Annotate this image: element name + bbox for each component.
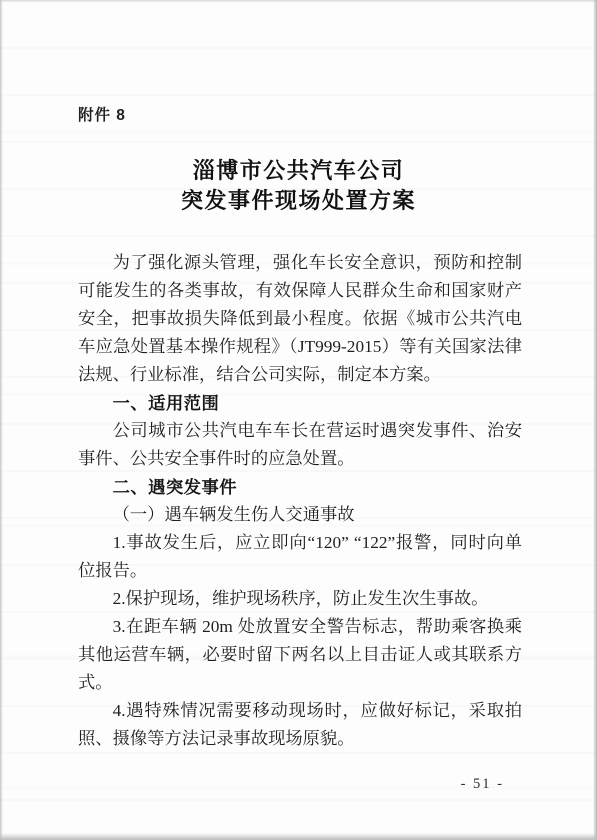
page-edge-bottom bbox=[0, 833, 597, 840]
section-2-subheading: （一）遇车辆发生伤人交通事故 bbox=[78, 501, 522, 529]
section-2-item-4: 4.遇特殊情况需要移动现场时，应做好标记，采取拍照、摄像等方法记录事故现场原貌。 bbox=[78, 697, 522, 753]
attachment-label: 附件 8 bbox=[78, 103, 126, 125]
section-2-item-2: 2.保护现场，维护现场秩序，防止发生次生事故。 bbox=[78, 585, 522, 613]
page-edge-right bbox=[593, 0, 597, 840]
document-title: 淄博市公共汽车公司 突发事件现场处置方案 bbox=[0, 156, 597, 216]
page-edge-top bbox=[0, 0, 597, 2]
section-2-heading: 二、遇突发事件 bbox=[78, 473, 522, 501]
page-edge-left bbox=[0, 0, 3, 840]
scanned-document-page: 附件 8 淄博市公共汽车公司 突发事件现场处置方案 为了强化源头管理，强化车长安… bbox=[0, 0, 597, 840]
section-2-item-3: 3.在距车辆 20m 处放置安全警告标志，帮助乘客换乘其他运营车辆，必要时留下两… bbox=[78, 613, 522, 697]
section-1-paragraph: 公司城市公共汽电车车长在营运时遇突发事件、治安事件、公共安全事件时的应急处置。 bbox=[78, 417, 522, 473]
intro-paragraph: 为了强化源头管理，强化车长安全意识，预防和控制可能发生的各类事故，有效保障人民群… bbox=[78, 249, 522, 389]
document-body: 为了强化源头管理，强化车长安全意识，预防和控制可能发生的各类事故，有效保障人民群… bbox=[78, 249, 522, 753]
section-2-item-1: 1.事故发生后，应立即向“120” “122”报警，同时向单位报告。 bbox=[78, 529, 522, 585]
section-1-heading: 一、适用范围 bbox=[78, 389, 522, 417]
page-number: - 51 - bbox=[461, 776, 504, 793]
title-line-1: 淄博市公共汽车公司 bbox=[0, 156, 597, 186]
title-line-2: 突发事件现场处置方案 bbox=[0, 186, 597, 216]
